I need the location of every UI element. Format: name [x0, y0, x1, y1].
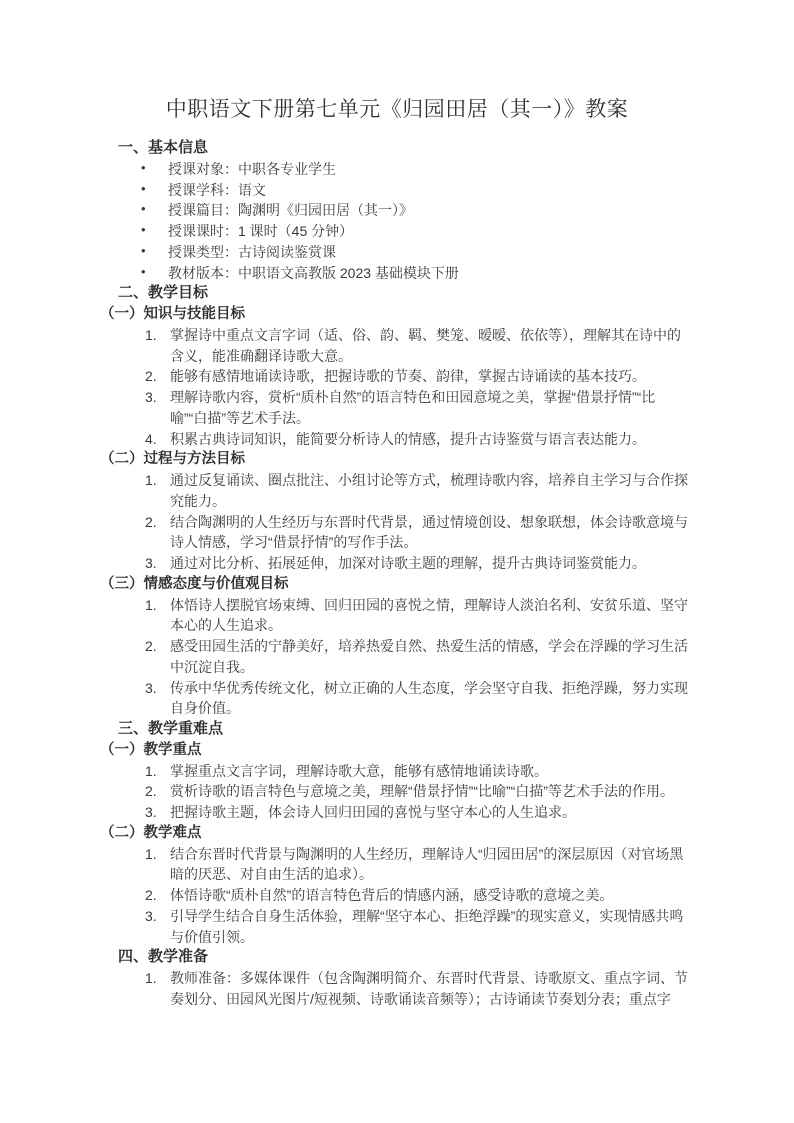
item-text: 把握诗歌主题，体会诗人回归田园的喜悦与坚守本心的人生追求。 [170, 804, 576, 820]
bullet-text: 授课课时：1 课时（45 分钟） [168, 223, 353, 239]
bullet-item: • 授课学科：语文 [168, 180, 690, 201]
bullet-text: 授课对象：中职各专业学生 [168, 161, 336, 177]
bullet-icon: • [141, 199, 146, 220]
item-text: 通过反复诵读、圈点批注、小组讨论等方式，梳理诗歌内容，培养自主学习与合作探究能力… [170, 472, 688, 509]
bullet-item: • 教材版本：中职语文高教版 2023 基础模块下册 [168, 263, 690, 284]
item-text: 能够有感情地诵读诗歌，把握诗歌的节奏、韵律，掌握古诗诵读的基本技巧。 [170, 368, 646, 384]
item-text: 通过对比分析、拓展延伸，加深对诗歌主题的理解，提升古典诗词鉴赏能力。 [170, 555, 646, 571]
item-number: 3. [145, 678, 157, 699]
section-heading-key-difficult-points: 三、教学重难点 [118, 719, 794, 740]
item-number: 2. [145, 636, 157, 657]
numbered-item: 1. 通过反复诵读、圈点批注、小组讨论等方式，梳理诗歌内容，培养自主学习与合作探… [170, 470, 692, 512]
bullet-icon: • [141, 241, 146, 262]
item-text: 引导学生结合自身生活体验，理解“坚守本心、拒绝浮躁”的现实意义，实现情感共鸣与价… [170, 908, 683, 945]
numbered-item: 3. 传承中华优秀传统文化，树立正确的人生态度，学会坚守自我、拒绝浮躁，努力实现… [170, 678, 692, 720]
item-number: 2. [145, 781, 157, 802]
item-text: 教师准备：多媒体课件（包含陶渊明简介、东晋时代背景、诗歌原文、重点字词、节奏划分… [170, 970, 688, 1007]
teaching-key-points-list: 1. 掌握重点文言字词，理解诗歌大意，能够有感情地诵读诗歌。 2. 赏析诗歌的语… [0, 761, 794, 823]
item-number: 3. [145, 802, 157, 823]
subsection-heading-teaching-difficulties: （二）教学难点 [100, 823, 794, 844]
numbered-item: 3. 把握诗歌主题，体会诗人回归田园的喜悦与坚守本心的人生追求。 [170, 802, 692, 823]
bullet-item: • 授课类型：古诗阅读鉴赏课 [168, 242, 690, 263]
bullet-text: 授课类型：古诗阅读鉴赏课 [168, 244, 336, 260]
item-text: 体悟诗歌“质朴自然”的语言特色背后的情感内涵，感受诗歌的意境之美。 [170, 887, 613, 903]
numbered-item: 2. 赏析诗歌的语言特色与意境之美，理解“借景抒情”“比喻”“白描”等艺术手法的… [170, 781, 692, 802]
bullet-text: 授课篇目：陶渊明《归园田居（其一）》 [168, 202, 413, 218]
item-number: 2. [145, 366, 157, 387]
item-text: 理解诗歌内容，赏析“质朴自然”的语言特色和田园意境之美，掌握“借景抒情”“比喻”… [170, 389, 655, 426]
bullet-icon: • [141, 158, 146, 179]
section-heading-basic-info: 一、基本信息 [118, 138, 794, 159]
item-number: 1. [145, 968, 157, 989]
item-number: 3. [145, 553, 157, 574]
bullet-item: • 授课对象：中职各专业学生 [168, 159, 690, 180]
item-number: 1. [145, 325, 157, 346]
numbered-item: 1. 掌握重点文言字词，理解诗歌大意，能够有感情地诵读诗歌。 [170, 761, 692, 782]
numbered-item: 2. 感受田园生活的宁静美好，培养热爱自然、热爱生活的情感，学会在浮躁的学习生活… [170, 636, 692, 678]
basic-info-list: • 授课对象：中职各专业学生 • 授课学科：语文 • 授课篇目：陶渊明《归园田居… [0, 159, 794, 284]
item-text: 感受田园生活的宁静美好，培养热爱自然、热爱生活的情感，学会在浮躁的学习生活中沉淀… [170, 638, 688, 675]
numbered-item: 3. 理解诗歌内容，赏析“质朴自然”的语言特色和田园意境之美，掌握“借景抒情”“… [170, 387, 692, 429]
numbered-item: 1. 结合东晋时代背景与陶渊明的人生经历，理解诗人“归园田居”的深层原因（对官场… [170, 844, 692, 886]
item-text: 掌握重点文言字词，理解诗歌大意，能够有感情地诵读诗歌。 [170, 763, 548, 779]
item-number: 1. [145, 470, 157, 491]
numbered-item: 1. 教师准备：多媒体课件（包含陶渊明简介、东晋时代背景、诗歌原文、重点字词、节… [170, 968, 692, 1010]
subsection-heading-knowledge-skills: （一）知识与技能目标 [100, 304, 794, 325]
affective-values-list: 1. 体悟诗人摆脱官场束缚、回归田园的喜悦之情，理解诗人淡泊名利、安贫乐道、坚守… [0, 595, 794, 720]
subsection-heading-affective-values: （三）情感态度与价值观目标 [100, 574, 794, 595]
item-text: 积累古典诗词知识，能简要分析诗人的情感，提升古诗鉴赏与语言表达能力。 [170, 431, 646, 447]
section-heading-teaching-prep: 四、教学准备 [118, 947, 794, 968]
bullet-icon: • [141, 220, 146, 241]
numbered-item: 3. 引导学生结合自身生活体验，理解“坚守本心、拒绝浮躁”的现实意义，实现情感共… [170, 906, 692, 948]
numbered-item: 2. 体悟诗歌“质朴自然”的语言特色背后的情感内涵，感受诗歌的意境之美。 [170, 885, 692, 906]
knowledge-skills-list: 1. 掌握诗中重点文言字词（适、俗、韵、羁、樊笼、暧暧、依依等），理解其在诗中的… [0, 325, 794, 450]
item-text: 赏析诗歌的语言特色与意境之美，理解“借景抒情”“比喻”“白描”等艺术手法的作用。 [170, 783, 674, 799]
bullet-text: 授课学科：语文 [168, 182, 266, 198]
item-text: 结合陶渊明的人生经历与东晋时代背景，通过情境创设、想象联想，体会诗歌意境与诗人情… [170, 514, 688, 551]
bullet-text: 教材版本：中职语文高教版 2023 基础模块下册 [168, 265, 459, 281]
item-text: 传承中华优秀传统文化，树立正确的人生态度，学会坚守自我、拒绝浮躁，努力实现自身价… [170, 680, 688, 717]
item-number: 2. [145, 885, 157, 906]
item-number: 3. [145, 906, 157, 927]
document-title: 中职语文下册第七单元《归园田居（其一）》教案 [0, 96, 794, 124]
item-number: 1. [145, 761, 157, 782]
item-number: 2. [145, 512, 157, 533]
item-number: 1. [145, 844, 157, 865]
item-text: 体悟诗人摆脱官场束缚、回归田园的喜悦之情，理解诗人淡泊名利、安贫乐道、坚守本心的… [170, 597, 688, 634]
process-methods-list: 1. 通过反复诵读、圈点批注、小组讨论等方式，梳理诗歌内容，培养自主学习与合作探… [0, 470, 794, 574]
teaching-prep-list: 1. 教师准备：多媒体课件（包含陶渊明简介、东晋时代背景、诗歌原文、重点字词、节… [0, 968, 794, 1010]
numbered-item: 1. 掌握诗中重点文言字词（适、俗、韵、羁、樊笼、暧暧、依依等），理解其在诗中的… [170, 325, 692, 367]
numbered-item: 2. 能够有感情地诵读诗歌，把握诗歌的节奏、韵律，掌握古诗诵读的基本技巧。 [170, 366, 692, 387]
item-number: 1. [145, 595, 157, 616]
bullet-icon: • [141, 179, 146, 200]
bullet-item: • 授课课时：1 课时（45 分钟） [168, 221, 690, 242]
subsection-heading-teaching-key-points: （一）教学重点 [100, 740, 794, 761]
item-text: 结合东晋时代背景与陶渊明的人生经历，理解诗人“归园田居”的深层原因（对官场黑暗的… [170, 846, 683, 883]
numbered-item: 3. 通过对比分析、拓展延伸，加深对诗歌主题的理解，提升古典诗词鉴赏能力。 [170, 553, 692, 574]
item-number: 4. [145, 429, 157, 450]
item-text: 掌握诗中重点文言字词（适、俗、韵、羁、樊笼、暧暧、依依等），理解其在诗中的含义，… [170, 327, 681, 364]
subsection-heading-process-methods: （二）过程与方法目标 [100, 449, 794, 470]
bullet-item: • 授课篇目：陶渊明《归园田居（其一）》 [168, 200, 690, 221]
section-heading-teaching-goals: 二、教学目标 [118, 283, 794, 304]
item-number: 3. [145, 387, 157, 408]
bullet-icon: • [141, 262, 146, 283]
document-page: 中职语文下册第七单元《归园田居（其一）》教案 一、基本信息 • 授课对象：中职各… [0, 0, 794, 1123]
numbered-item: 1. 体悟诗人摆脱官场束缚、回归田园的喜悦之情，理解诗人淡泊名利、安贫乐道、坚守… [170, 595, 692, 637]
teaching-difficulties-list: 1. 结合东晋时代背景与陶渊明的人生经历，理解诗人“归园田居”的深层原因（对官场… [0, 844, 794, 948]
numbered-item: 4. 积累古典诗词知识，能简要分析诗人的情感，提升古诗鉴赏与语言表达能力。 [170, 429, 692, 450]
numbered-item: 2. 结合陶渊明的人生经历与东晋时代背景，通过情境创设、想象联想，体会诗歌意境与… [170, 512, 692, 554]
